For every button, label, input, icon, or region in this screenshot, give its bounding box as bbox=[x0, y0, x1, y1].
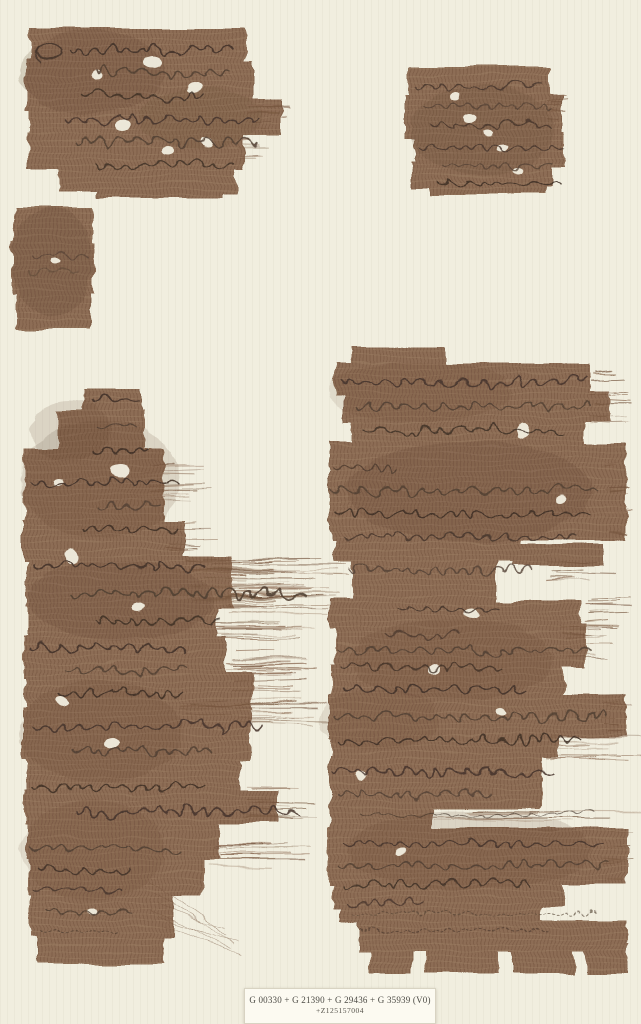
fiber-stroke bbox=[546, 579, 575, 581]
fiber-stroke bbox=[590, 604, 633, 605]
fiber-stroke bbox=[605, 470, 614, 471]
papyrus-stain bbox=[350, 620, 554, 700]
papyrus-hole bbox=[162, 146, 174, 154]
fiber-stroke bbox=[610, 531, 629, 532]
fiber-stroke bbox=[253, 122, 272, 123]
papyrus-stain bbox=[348, 810, 592, 890]
fiber-stroke bbox=[248, 799, 272, 800]
papyrus-fragment-mid-left-small bbox=[12, 206, 94, 328]
papyrus-hole bbox=[134, 604, 146, 612]
fiber-stroke bbox=[208, 867, 271, 869]
fiber-stroke bbox=[243, 717, 314, 718]
fiber-stroke bbox=[215, 844, 286, 845]
papyrus-fragment-bottom-left bbox=[18, 390, 348, 964]
fiber-stroke bbox=[222, 608, 329, 609]
papyrus-hole bbox=[65, 547, 79, 565]
papyrus-hole bbox=[516, 423, 528, 441]
papyrus-hole bbox=[451, 92, 461, 100]
fiber-stroke bbox=[220, 589, 330, 590]
fiber-stroke bbox=[231, 605, 335, 606]
fiber-stroke bbox=[228, 661, 292, 662]
fiber-stroke bbox=[562, 755, 641, 756]
papyrus-hole bbox=[555, 496, 565, 504]
papyrus-hole bbox=[463, 113, 477, 123]
fiber-stroke bbox=[552, 570, 582, 571]
papyrus-hole bbox=[50, 258, 60, 266]
papyrus-band bbox=[370, 944, 412, 974]
papyrus-hole bbox=[483, 129, 493, 135]
fiber-stroke bbox=[214, 621, 279, 622]
fiber-stroke bbox=[549, 557, 598, 558]
fiber-stroke bbox=[212, 564, 347, 565]
fiber-stroke bbox=[230, 612, 274, 613]
papyrus-stain bbox=[328, 362, 512, 422]
papyrus-fragment-bottom-right bbox=[320, 348, 641, 974]
papyrus-band bbox=[512, 544, 604, 566]
fiber-stroke bbox=[209, 852, 289, 853]
papyrus-band bbox=[330, 756, 542, 808]
fiber-stroke bbox=[608, 879, 627, 880]
fiber-stroke bbox=[248, 107, 276, 108]
fiber-stroke bbox=[592, 597, 631, 598]
papyrus-stain bbox=[410, 84, 554, 176]
barcode-number: +Z125157004 bbox=[245, 1006, 435, 1015]
papyrus-hole bbox=[56, 697, 68, 707]
inventory-numbers: G 00330 + G 21390 + G 29436 + G 35939 (V… bbox=[245, 995, 435, 1005]
papyrus-hole bbox=[111, 464, 129, 476]
fiber-stroke bbox=[556, 745, 590, 746]
fiber-stroke bbox=[216, 636, 302, 637]
papyrus-band bbox=[98, 184, 222, 198]
fiber-stroke bbox=[553, 581, 589, 582]
fiber-stroke bbox=[556, 572, 614, 574]
fiber-stroke bbox=[181, 708, 213, 709]
fiber-stroke bbox=[235, 712, 289, 713]
fiber-stroke bbox=[148, 465, 203, 466]
papyrus-fragments-image bbox=[0, 0, 641, 1024]
papyrus-band bbox=[586, 942, 628, 974]
fiber-stroke bbox=[596, 372, 611, 373]
papyrus-hole bbox=[114, 121, 130, 131]
papyrus-fragment-top-right bbox=[404, 68, 567, 195]
fiber-stroke bbox=[586, 621, 608, 623]
papyrus-band bbox=[426, 948, 498, 974]
papyrus-band bbox=[36, 930, 164, 964]
fiber-stroke bbox=[547, 561, 598, 562]
papyrus-hole bbox=[495, 706, 505, 714]
papyrus-hole bbox=[395, 848, 405, 856]
papyrus-band bbox=[512, 944, 574, 974]
scan-surface: G 00330 + G 21390 + G 29436 + G 35939 (V… bbox=[0, 0, 641, 1024]
papyrus-fragment-top-left bbox=[20, 28, 290, 198]
fiber-stroke bbox=[604, 858, 621, 859]
fiber-stroke bbox=[190, 569, 272, 570]
fiber-stroke bbox=[227, 613, 329, 615]
fiber-stroke bbox=[592, 610, 610, 612]
papyrus-hole bbox=[185, 83, 199, 93]
inventory-label: G 00330 + G 21390 + G 29436 + G 35939 (V… bbox=[244, 988, 436, 1024]
fiber-stroke bbox=[550, 578, 573, 579]
papyrus-stain bbox=[20, 30, 164, 114]
papyrus-band bbox=[352, 558, 496, 606]
fiber-stroke bbox=[607, 694, 624, 695]
papyrus-hole bbox=[143, 56, 161, 68]
fiber-stroke bbox=[236, 650, 275, 651]
fiber-stroke bbox=[232, 663, 275, 664]
fiber-stroke bbox=[592, 380, 624, 381]
fiber-stroke bbox=[595, 403, 631, 404]
fiber-stroke bbox=[246, 787, 297, 788]
fiber-stroke bbox=[554, 743, 617, 745]
fiber-stroke bbox=[605, 514, 620, 515]
papyrus-hole bbox=[104, 737, 120, 747]
papyrus-stain bbox=[28, 560, 212, 640]
papyrus-hole bbox=[465, 607, 479, 617]
papyrus-stain bbox=[348, 442, 592, 542]
fiber-stroke bbox=[591, 612, 630, 613]
fiber-stroke bbox=[251, 788, 289, 789]
fiber-stroke bbox=[244, 818, 292, 819]
